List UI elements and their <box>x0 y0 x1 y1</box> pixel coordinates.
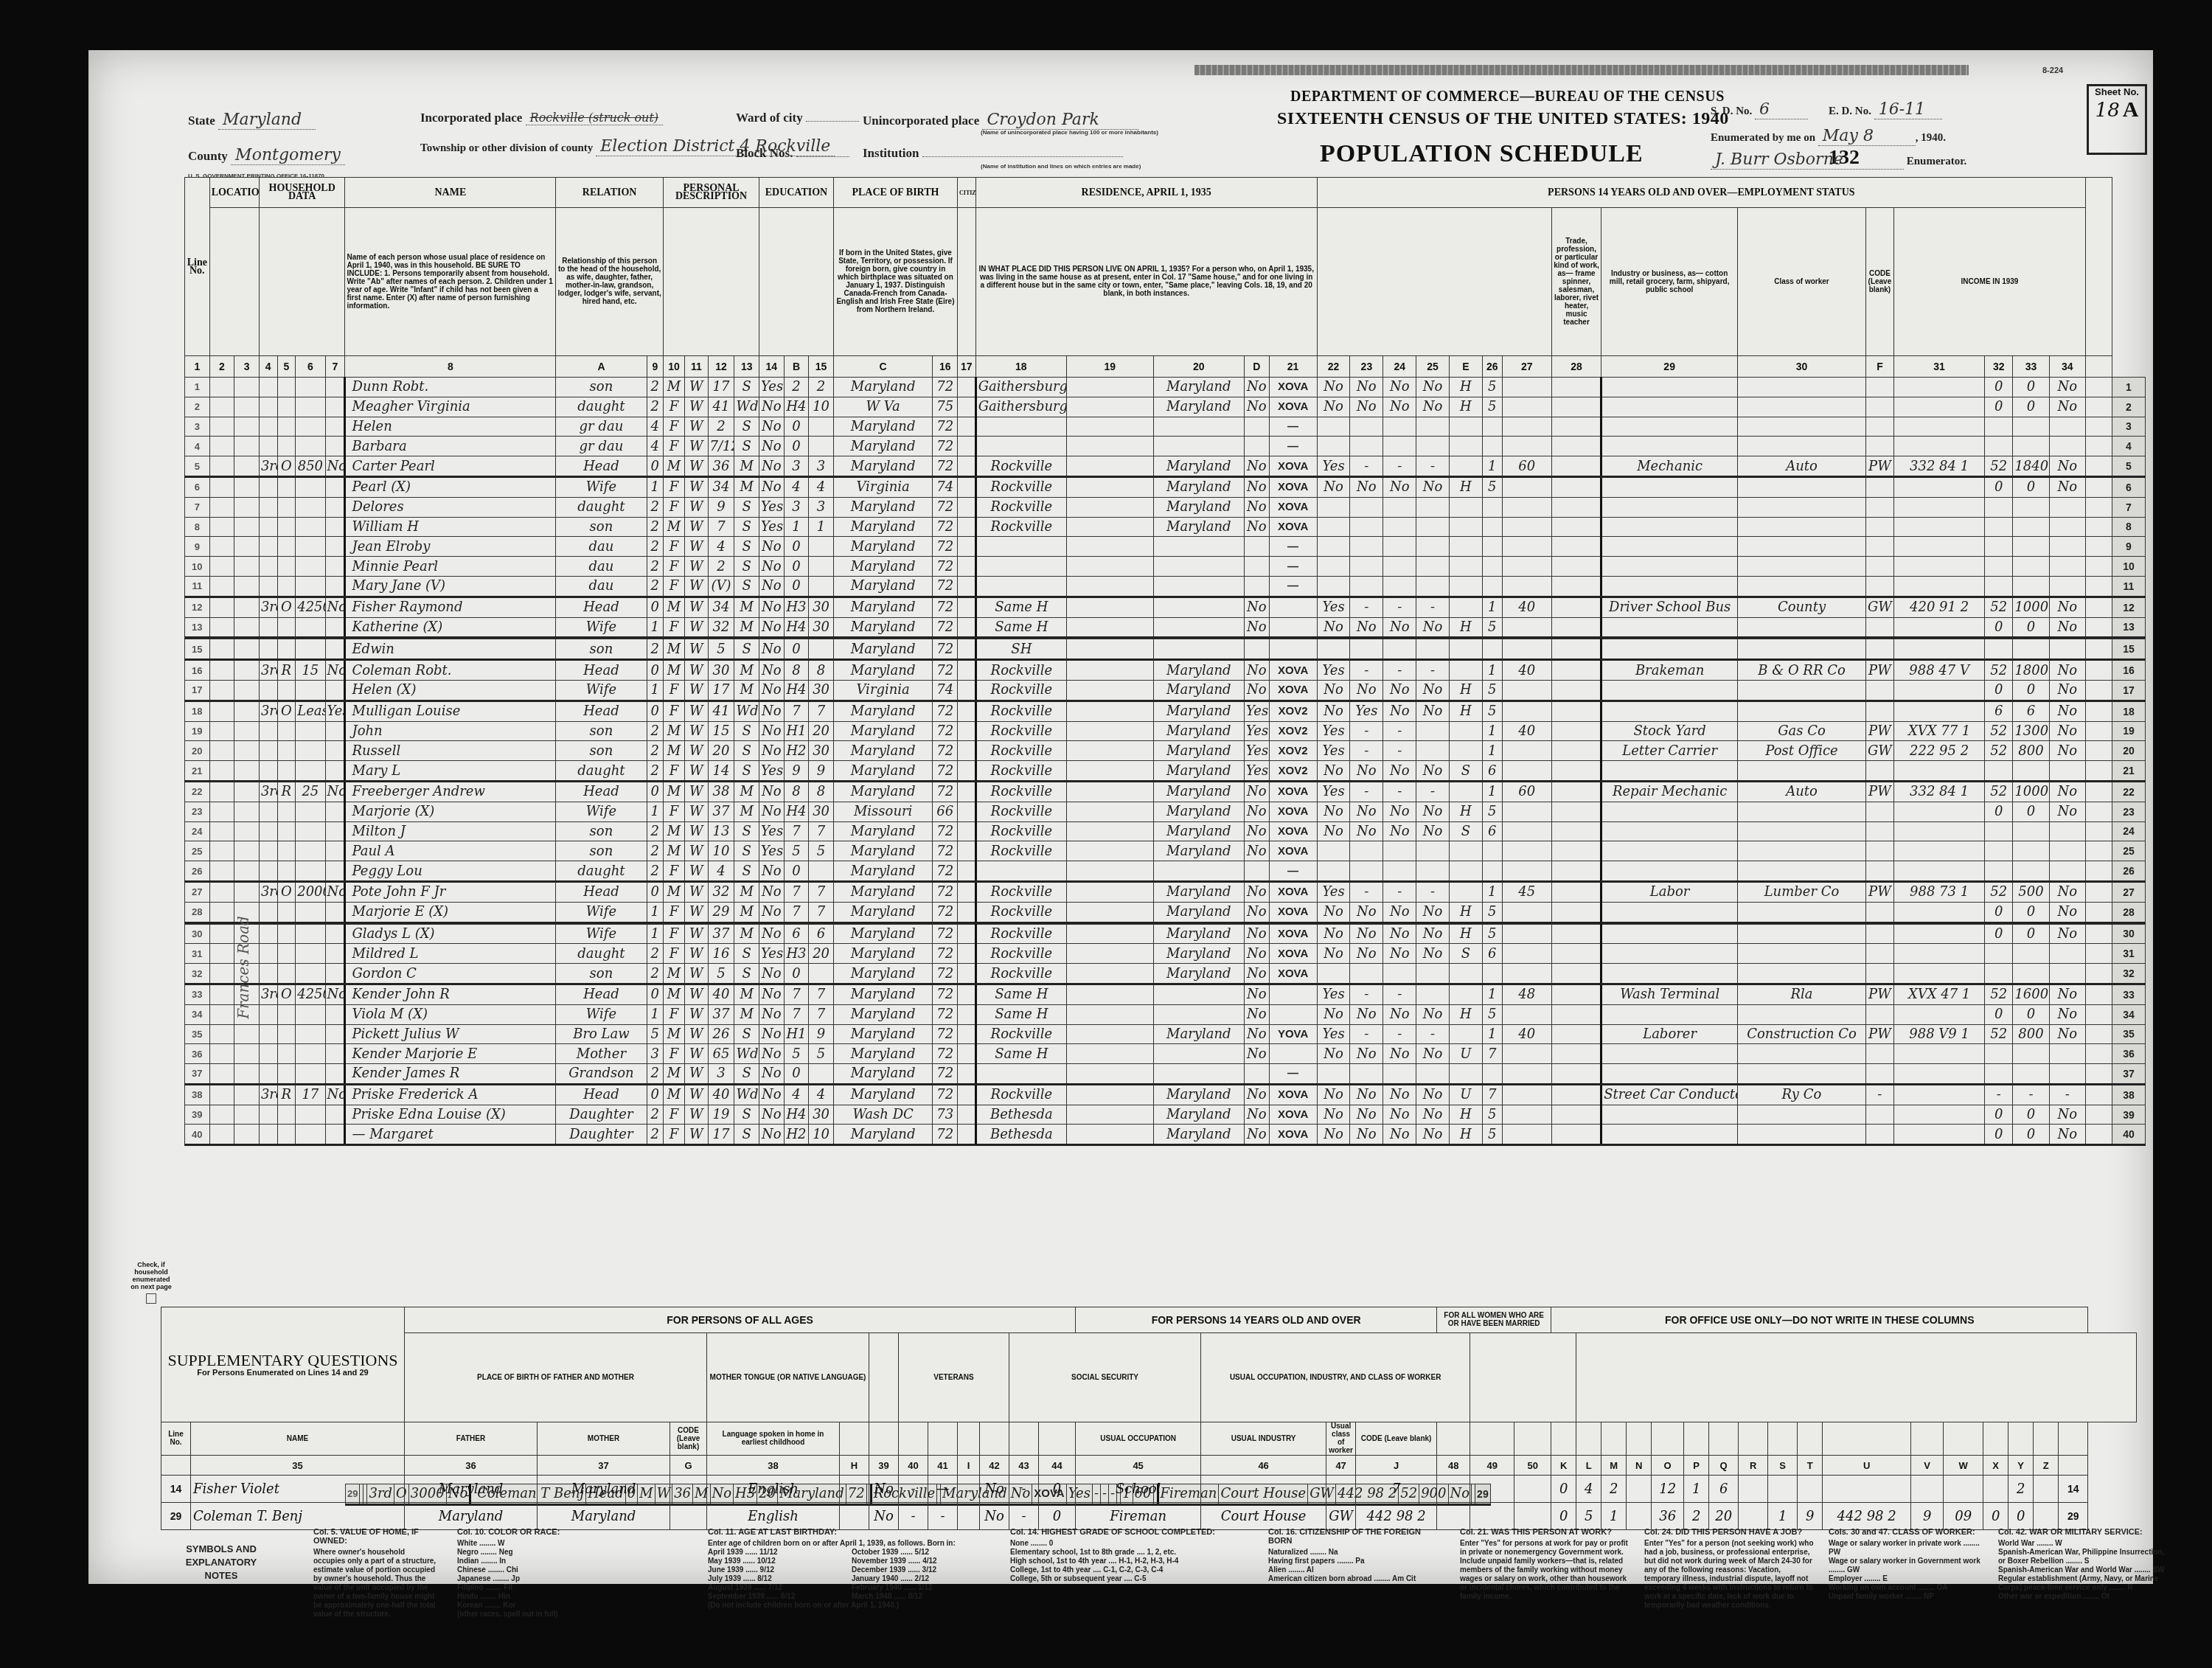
cell-c32: 800 <box>2013 1024 2049 1044</box>
supp-cell-ln-r: 14 <box>2059 1476 2088 1503</box>
cell-c33: No <box>2049 802 2085 821</box>
cell-occ <box>1601 841 1738 861</box>
cell-c25: H <box>1449 802 1482 821</box>
cell-c32: 500 <box>2013 881 2049 902</box>
cell-farm <box>325 476 345 497</box>
supp-column-number: 35 <box>191 1456 405 1476</box>
cell-res-city: Rockville <box>975 721 1066 741</box>
supp-cell-w: 09 <box>1944 1503 1983 1530</box>
cell-f: 988 73 1 <box>1893 881 1984 902</box>
supp-cell-father: Maryland <box>405 1503 538 1530</box>
cell-f <box>1893 701 1984 721</box>
cell-grade: H1 <box>784 721 809 741</box>
cell-hh <box>259 902 277 922</box>
cell-c25 <box>1449 964 1482 984</box>
cell-house <box>234 557 260 577</box>
cell-c33 <box>2049 417 2085 437</box>
supp-column-number: 38 <box>707 1456 840 1476</box>
cell-cow: PW <box>1865 984 1893 1004</box>
supp-cell-c44: 0 <box>1039 1503 1076 1530</box>
cell-marital: S <box>734 437 759 456</box>
cell-f: 332 84 1 <box>1893 781 1984 802</box>
supp-cell-c39: No <box>869 1503 899 1530</box>
cell-cit <box>958 881 976 902</box>
cell-f <box>1893 1084 1984 1105</box>
cell-house <box>234 537 260 557</box>
cell-c33: No <box>2049 680 2085 701</box>
cell-res-county <box>1066 378 1153 397</box>
cell-b: 9 <box>809 1024 834 1044</box>
cell-line: 24 <box>185 821 210 841</box>
cell-ind: County <box>1738 597 1866 617</box>
cell-birth: Virginia <box>833 476 933 497</box>
cell-c21: No <box>1317 397 1350 417</box>
cell-street <box>209 537 234 557</box>
cell-c23: No <box>1383 1044 1416 1064</box>
cell-birth: Maryland <box>833 417 933 437</box>
cell-c24: No <box>1416 802 1450 821</box>
cell-cow <box>1865 397 1893 417</box>
cell-cit <box>958 721 976 741</box>
cell-own: R <box>277 1084 296 1105</box>
cell-name: Minnie Pearl <box>345 557 556 577</box>
cell-age: 17 <box>708 680 734 701</box>
cell-grade: 0 <box>784 861 809 882</box>
cell-c23: No <box>1383 701 1416 721</box>
cell-marital: S <box>734 1105 759 1125</box>
cell-b <box>809 639 834 660</box>
cell-cow: - <box>1865 1084 1893 1105</box>
column-number: 5 <box>277 356 296 378</box>
column-number: 25 <box>1416 356 1450 378</box>
census-row: 36Kender Marjorie EMother3FW65WdNo55Mary… <box>185 1044 2146 1064</box>
note-item: Alien ........ Al <box>1268 1566 1445 1575</box>
cell-age: 65 <box>708 1044 734 1064</box>
state-field: State Maryland <box>188 111 316 130</box>
cell-a: 0 <box>647 456 663 477</box>
cell-c26 <box>1502 802 1551 821</box>
cell-c22: No <box>1350 476 1383 497</box>
cell-res-city <box>975 537 1066 557</box>
supp-cell-code <box>670 1503 707 1530</box>
cell-res-city: Rockville <box>975 741 1066 761</box>
cell-c21: Yes <box>1317 721 1350 741</box>
cell-c26 <box>1502 417 1551 437</box>
cell-a: 2 <box>647 517 663 537</box>
cell-name: Russell <box>345 741 556 761</box>
cell-own <box>277 537 296 557</box>
cell-farm <box>325 378 345 397</box>
cell-c26 <box>1502 924 1551 944</box>
cell-cit <box>958 701 976 721</box>
cell-c33 <box>2049 537 2085 557</box>
cell-c26 <box>1502 617 1551 638</box>
cell-res-city: Rockville <box>975 821 1066 841</box>
cell-c24 <box>1416 437 1450 456</box>
supp-cell-t: 9 <box>1798 1503 1823 1530</box>
cell-c26 <box>1502 437 1551 456</box>
cell-cow <box>1865 1064 1893 1085</box>
cell-res-farm: No <box>1244 1125 1269 1145</box>
cell-res-farm: No <box>1244 476 1269 497</box>
cell-cow: PW <box>1865 721 1893 741</box>
cell-c: 72 <box>933 861 958 882</box>
cell-house <box>234 397 260 417</box>
cell-c26 <box>1502 1004 1551 1024</box>
cell-street <box>209 680 234 701</box>
cell-grade: H3 <box>784 597 809 617</box>
cell-c33: No <box>2049 660 2085 681</box>
cell-b: 8 <box>809 781 834 802</box>
cell-b: 30 <box>809 617 834 638</box>
cell-c24 <box>1416 537 1450 557</box>
cell-c25: H <box>1449 902 1482 922</box>
cell-age: 2 <box>708 557 734 577</box>
cell-res-state: Maryland <box>1153 924 1244 944</box>
cell-c: 72 <box>933 1024 958 1044</box>
cell-c23: No <box>1383 821 1416 841</box>
census-row: 53rdO850NoCarter PearlHead0MW36MNo33Mary… <box>185 456 2146 477</box>
cell-f: 222 95 2 <box>1893 741 1984 761</box>
cell-c34 <box>2086 1044 2112 1064</box>
cell-line: 21 <box>185 761 210 782</box>
cell-f <box>1893 1105 1984 1125</box>
cell-street <box>209 576 234 597</box>
note-item: January 1940 ...... 2/12 <box>852 1575 988 1584</box>
cell-value <box>296 861 325 882</box>
cell-c27 <box>1551 964 1601 984</box>
cell-res-farm <box>1244 417 1269 437</box>
cell-own <box>277 617 296 638</box>
cell-hh <box>259 861 277 882</box>
cell-ind <box>1738 378 1866 397</box>
cell-value <box>296 576 325 597</box>
cell-farm <box>325 437 345 456</box>
cell-race: W <box>685 1125 708 1145</box>
cell-c32 <box>2013 497 2049 517</box>
cell-hh <box>259 417 277 437</box>
cell-c34 <box>2086 378 2112 397</box>
cell-c25: U <box>1449 1084 1482 1105</box>
cell-c33 <box>2049 576 2085 597</box>
cell-c33 <box>2049 557 2085 577</box>
column-number: 24 <box>1383 356 1416 378</box>
cell-grade: H3 <box>784 944 809 964</box>
line-number-right: 23 <box>2112 802 2145 821</box>
cell-c24 <box>1416 721 1450 741</box>
cell-relation: Wife <box>556 902 647 922</box>
cell-race: W <box>685 924 708 944</box>
cell-res-county <box>1066 437 1153 456</box>
cell-marital: M <box>734 781 759 802</box>
cell-c21: No <box>1317 902 1350 922</box>
column-number: 16 <box>933 356 958 378</box>
cell-farm: No <box>325 597 345 617</box>
cell-c33: No <box>2049 1024 2085 1044</box>
cell-res-county <box>1066 537 1153 557</box>
cell-c25 <box>1449 841 1482 861</box>
cell-sex: M <box>664 781 685 802</box>
supp-cell-tongue: English <box>707 1476 840 1503</box>
cell-c27 <box>1551 924 1601 944</box>
cell-cit <box>958 984 976 1004</box>
cell-marital: S <box>734 861 759 882</box>
cell-street <box>209 761 234 782</box>
cell-b: 7 <box>809 1004 834 1024</box>
supp-column-number <box>2059 1456 2088 1476</box>
cell-b <box>809 964 834 984</box>
cell-c25: S <box>1449 821 1482 841</box>
supp-column-number: Z <box>2034 1456 2059 1476</box>
cell-cit <box>958 517 976 537</box>
cell-relation: Wife <box>556 802 647 821</box>
supp-cell-c45: Fireman <box>1076 1503 1201 1530</box>
name-header: NAME <box>345 178 556 208</box>
cell-c21: No <box>1317 1105 1350 1125</box>
cell-c21 <box>1317 964 1350 984</box>
supp-cell-k: 0 <box>1551 1503 1576 1530</box>
supp-cell-u <box>1823 1476 1911 1503</box>
cell-name: William H <box>345 517 556 537</box>
cell-c32: 1000 <box>2013 597 2049 617</box>
cell-farm: No <box>325 984 345 1004</box>
cell-occ: Street Car Conductor <box>1601 1084 1738 1105</box>
cell-own <box>277 517 296 537</box>
cell-c24: No <box>1416 821 1450 841</box>
cell-name: Pearl (X) <box>345 476 556 497</box>
cell-relation: Bro Law <box>556 1024 647 1044</box>
cell-c33: No <box>2049 617 2085 638</box>
cell-value: 25 <box>296 781 325 802</box>
cell-c32: - <box>2013 1084 2049 1105</box>
cell-d: — <box>1269 557 1317 577</box>
note-item: April 1939 ...... 11/12 <box>708 1549 844 1557</box>
cell-marital: M <box>734 924 759 944</box>
cell-line: 3 <box>185 417 210 437</box>
line-number-right: 8 <box>2112 517 2145 537</box>
cell-res-farm: Yes <box>1244 721 1269 741</box>
cell-hh <box>259 1044 277 1064</box>
cell-res-farm: No <box>1244 964 1269 984</box>
cell-grade: 0 <box>784 557 809 577</box>
cell-occ <box>1601 497 1738 517</box>
cell-e: 1 <box>1482 1024 1502 1044</box>
cell-house <box>234 1044 260 1064</box>
cell-c: 72 <box>933 437 958 456</box>
column-number: E <box>1449 356 1482 378</box>
cell-cit <box>958 476 976 497</box>
cell-street <box>209 1105 234 1125</box>
cell-occ <box>1601 861 1738 882</box>
cell-c34 <box>2086 924 2112 944</box>
cell-res-county <box>1066 902 1153 922</box>
cell-res-city: Rockville <box>975 660 1066 681</box>
cell-res-state: Maryland <box>1153 1084 1244 1105</box>
line-number-right: 7 <box>2112 497 2145 517</box>
cell-birth: Maryland <box>833 378 933 397</box>
cell-cit <box>958 781 976 802</box>
cell-c27 <box>1551 497 1601 517</box>
supp-cell-v: 9 <box>1911 1503 1944 1530</box>
cell-sex: M <box>664 984 685 1004</box>
cell-cit <box>958 537 976 557</box>
cell-line: 4 <box>185 437 210 456</box>
note-item: Regular establishment (Army, Navy, or Ma… <box>1998 1575 2168 1593</box>
cell-line: 22 <box>185 781 210 802</box>
cell-e: 5 <box>1482 1105 1502 1125</box>
cell-res-city <box>975 576 1066 597</box>
column-number: 8 <box>345 356 556 378</box>
cell-f <box>1893 557 1984 577</box>
cell-value <box>296 841 325 861</box>
cell-e: 5 <box>1482 378 1502 397</box>
cell-hh <box>259 617 277 638</box>
cell-house <box>234 1105 260 1125</box>
cell-cow <box>1865 701 1893 721</box>
cell-c24: - <box>1416 881 1450 902</box>
cell-value <box>296 397 325 417</box>
cell-sex: M <box>664 1024 685 1044</box>
cell-d: XOVA <box>1269 456 1317 477</box>
cell-c32: 0 <box>2013 802 2049 821</box>
cell-birth: Maryland <box>833 861 933 882</box>
cell-cit <box>958 557 976 577</box>
cell-age: 41 <box>708 701 734 721</box>
cell-line: 16 <box>185 660 210 681</box>
note-item: High school, 1st to 4th year .... H-1, H… <box>1010 1557 1253 1566</box>
cell-a: 2 <box>647 397 663 417</box>
cell-c27 <box>1551 781 1601 802</box>
next-page-checkbox[interactable] <box>146 1293 156 1304</box>
supp-cell-c47: GW <box>1326 1503 1356 1530</box>
supp-cell-c48 <box>1437 1503 1470 1530</box>
cell-ind <box>1738 1064 1866 1085</box>
column-number: 10 <box>664 356 685 378</box>
cell-c26 <box>1502 557 1551 577</box>
supp-cell-y: 0 <box>2008 1503 2034 1530</box>
cell-hh <box>259 1064 277 1085</box>
cell-age: 4 <box>708 861 734 882</box>
cell-d: XOVA <box>1269 517 1317 537</box>
cell-b: 8 <box>809 660 834 681</box>
cell-c34 <box>2086 557 2112 577</box>
cell-res-state <box>1153 597 1244 617</box>
cell-relation: Head <box>556 456 647 477</box>
cell-cow <box>1865 1044 1893 1064</box>
cell-c23 <box>1383 639 1416 660</box>
cell-name: Priske Edna Louise (X) <box>345 1105 556 1125</box>
cell-ind <box>1738 1044 1866 1064</box>
cell-c24: No <box>1416 680 1450 701</box>
column-number: 11 <box>685 356 708 378</box>
next-page-checkbox-note: Check, if household enumerated on next p… <box>129 1261 173 1305</box>
cell-c31 <box>1985 517 2013 537</box>
cell-c24 <box>1416 517 1450 537</box>
cell-street <box>209 802 234 821</box>
cell-c32 <box>2013 437 2049 456</box>
cell-race: W <box>685 1084 708 1105</box>
cell-c31 <box>1985 639 2013 660</box>
cell-cow <box>1865 680 1893 701</box>
cell-res-farm: No <box>1244 1024 1269 1044</box>
note-item: Hindu ........ Hin <box>457 1593 649 1602</box>
cell-sex: F <box>664 537 685 557</box>
cell-d: XOV2 <box>1269 761 1317 782</box>
cell-a: 0 <box>647 984 663 1004</box>
cell-street <box>209 597 234 617</box>
cell-c22: Yes <box>1350 701 1383 721</box>
cell-c31 <box>1985 821 2013 841</box>
census-row: 39Priske Edna Louise (X)Daughter2FW19SNo… <box>185 1105 2146 1125</box>
cell-school: No <box>759 680 785 701</box>
cell-grade: 0 <box>784 576 809 597</box>
cell-c23: No <box>1383 1125 1416 1145</box>
cell-relation: Head <box>556 597 647 617</box>
cell-res-farm: Yes <box>1244 741 1269 761</box>
cell-school: No <box>759 537 785 557</box>
cell-line: 37 <box>185 1064 210 1085</box>
cell-e: 1 <box>1482 781 1502 802</box>
cell-c27 <box>1551 417 1601 437</box>
cell-cow <box>1865 1004 1893 1024</box>
population-schedule-table: Line No. LOCATION HOUSEHOLD DATA NAME RE… <box>184 177 2175 1146</box>
cell-race: W <box>685 497 708 517</box>
cell-c22: No <box>1350 924 1383 944</box>
cell-cow <box>1865 924 1893 944</box>
supp-cell-h <box>840 1476 869 1503</box>
cell-c24: No <box>1416 1044 1450 1064</box>
cell-c34 <box>2086 902 2112 922</box>
cell-c34 <box>2086 964 2112 984</box>
cell-farm <box>325 802 345 821</box>
birth-instructions: If born in the United States, give State… <box>833 208 957 356</box>
cell-c21 <box>1317 576 1350 597</box>
cell-school: No <box>759 476 785 497</box>
census-row: 28Marjorie E (X)Wife1FW29MNo77Maryland72… <box>185 902 2146 922</box>
cell-c25: U <box>1449 1044 1482 1064</box>
cell-hh <box>259 576 277 597</box>
cell-c22: - <box>1350 456 1383 477</box>
cell-cow: PW <box>1865 781 1893 802</box>
cell-c32: 0 <box>2013 378 2049 397</box>
cell-marital: S <box>734 841 759 861</box>
cell-f <box>1893 378 1984 397</box>
cell-f <box>1893 617 1984 638</box>
cell-d: XOV2 <box>1269 701 1317 721</box>
cell-b: 30 <box>809 741 834 761</box>
cell-own <box>277 802 296 821</box>
cell-res-city: Rockville <box>975 680 1066 701</box>
cell-c31: 0 <box>1985 617 2013 638</box>
supp-cell-tongue: English <box>707 1503 840 1530</box>
cell-a: 2 <box>647 761 663 782</box>
cell-res-county <box>1066 721 1153 741</box>
cell-d: XOVA <box>1269 378 1317 397</box>
cell-c31 <box>1985 437 2013 456</box>
cell-cit <box>958 437 976 456</box>
cell-occ <box>1601 902 1738 922</box>
cell-cow <box>1865 557 1893 577</box>
cell-school: No <box>759 639 785 660</box>
cell-street <box>209 1084 234 1105</box>
cell-c: 72 <box>933 1064 958 1085</box>
cell-school: No <box>759 924 785 944</box>
unincorporated-place-field: Unincorporated place Croydon Park <box>863 111 1138 130</box>
cell-sex: F <box>664 761 685 782</box>
column-number: C <box>833 356 933 378</box>
cell-a: 0 <box>647 660 663 681</box>
supplementary-row: 14Fisher VioletMarylandMarylandEnglishNo… <box>161 1476 2137 1503</box>
